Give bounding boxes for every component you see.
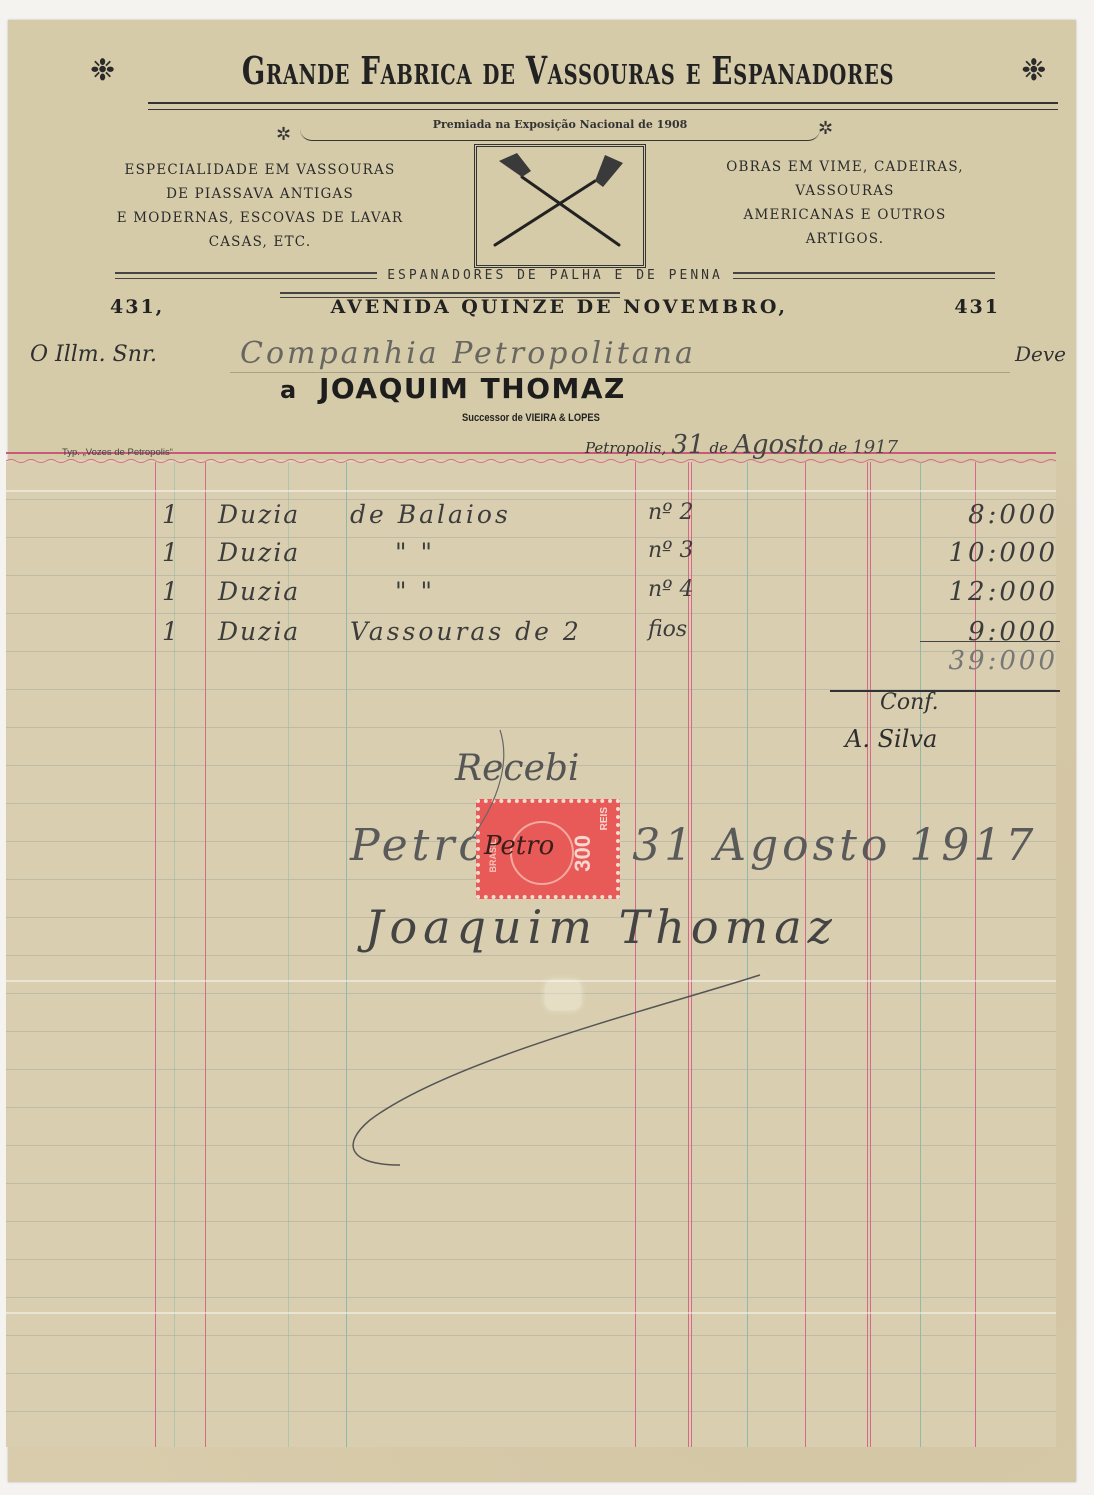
embossed-seal xyxy=(545,980,581,1010)
signature-flourish xyxy=(0,0,1094,1495)
